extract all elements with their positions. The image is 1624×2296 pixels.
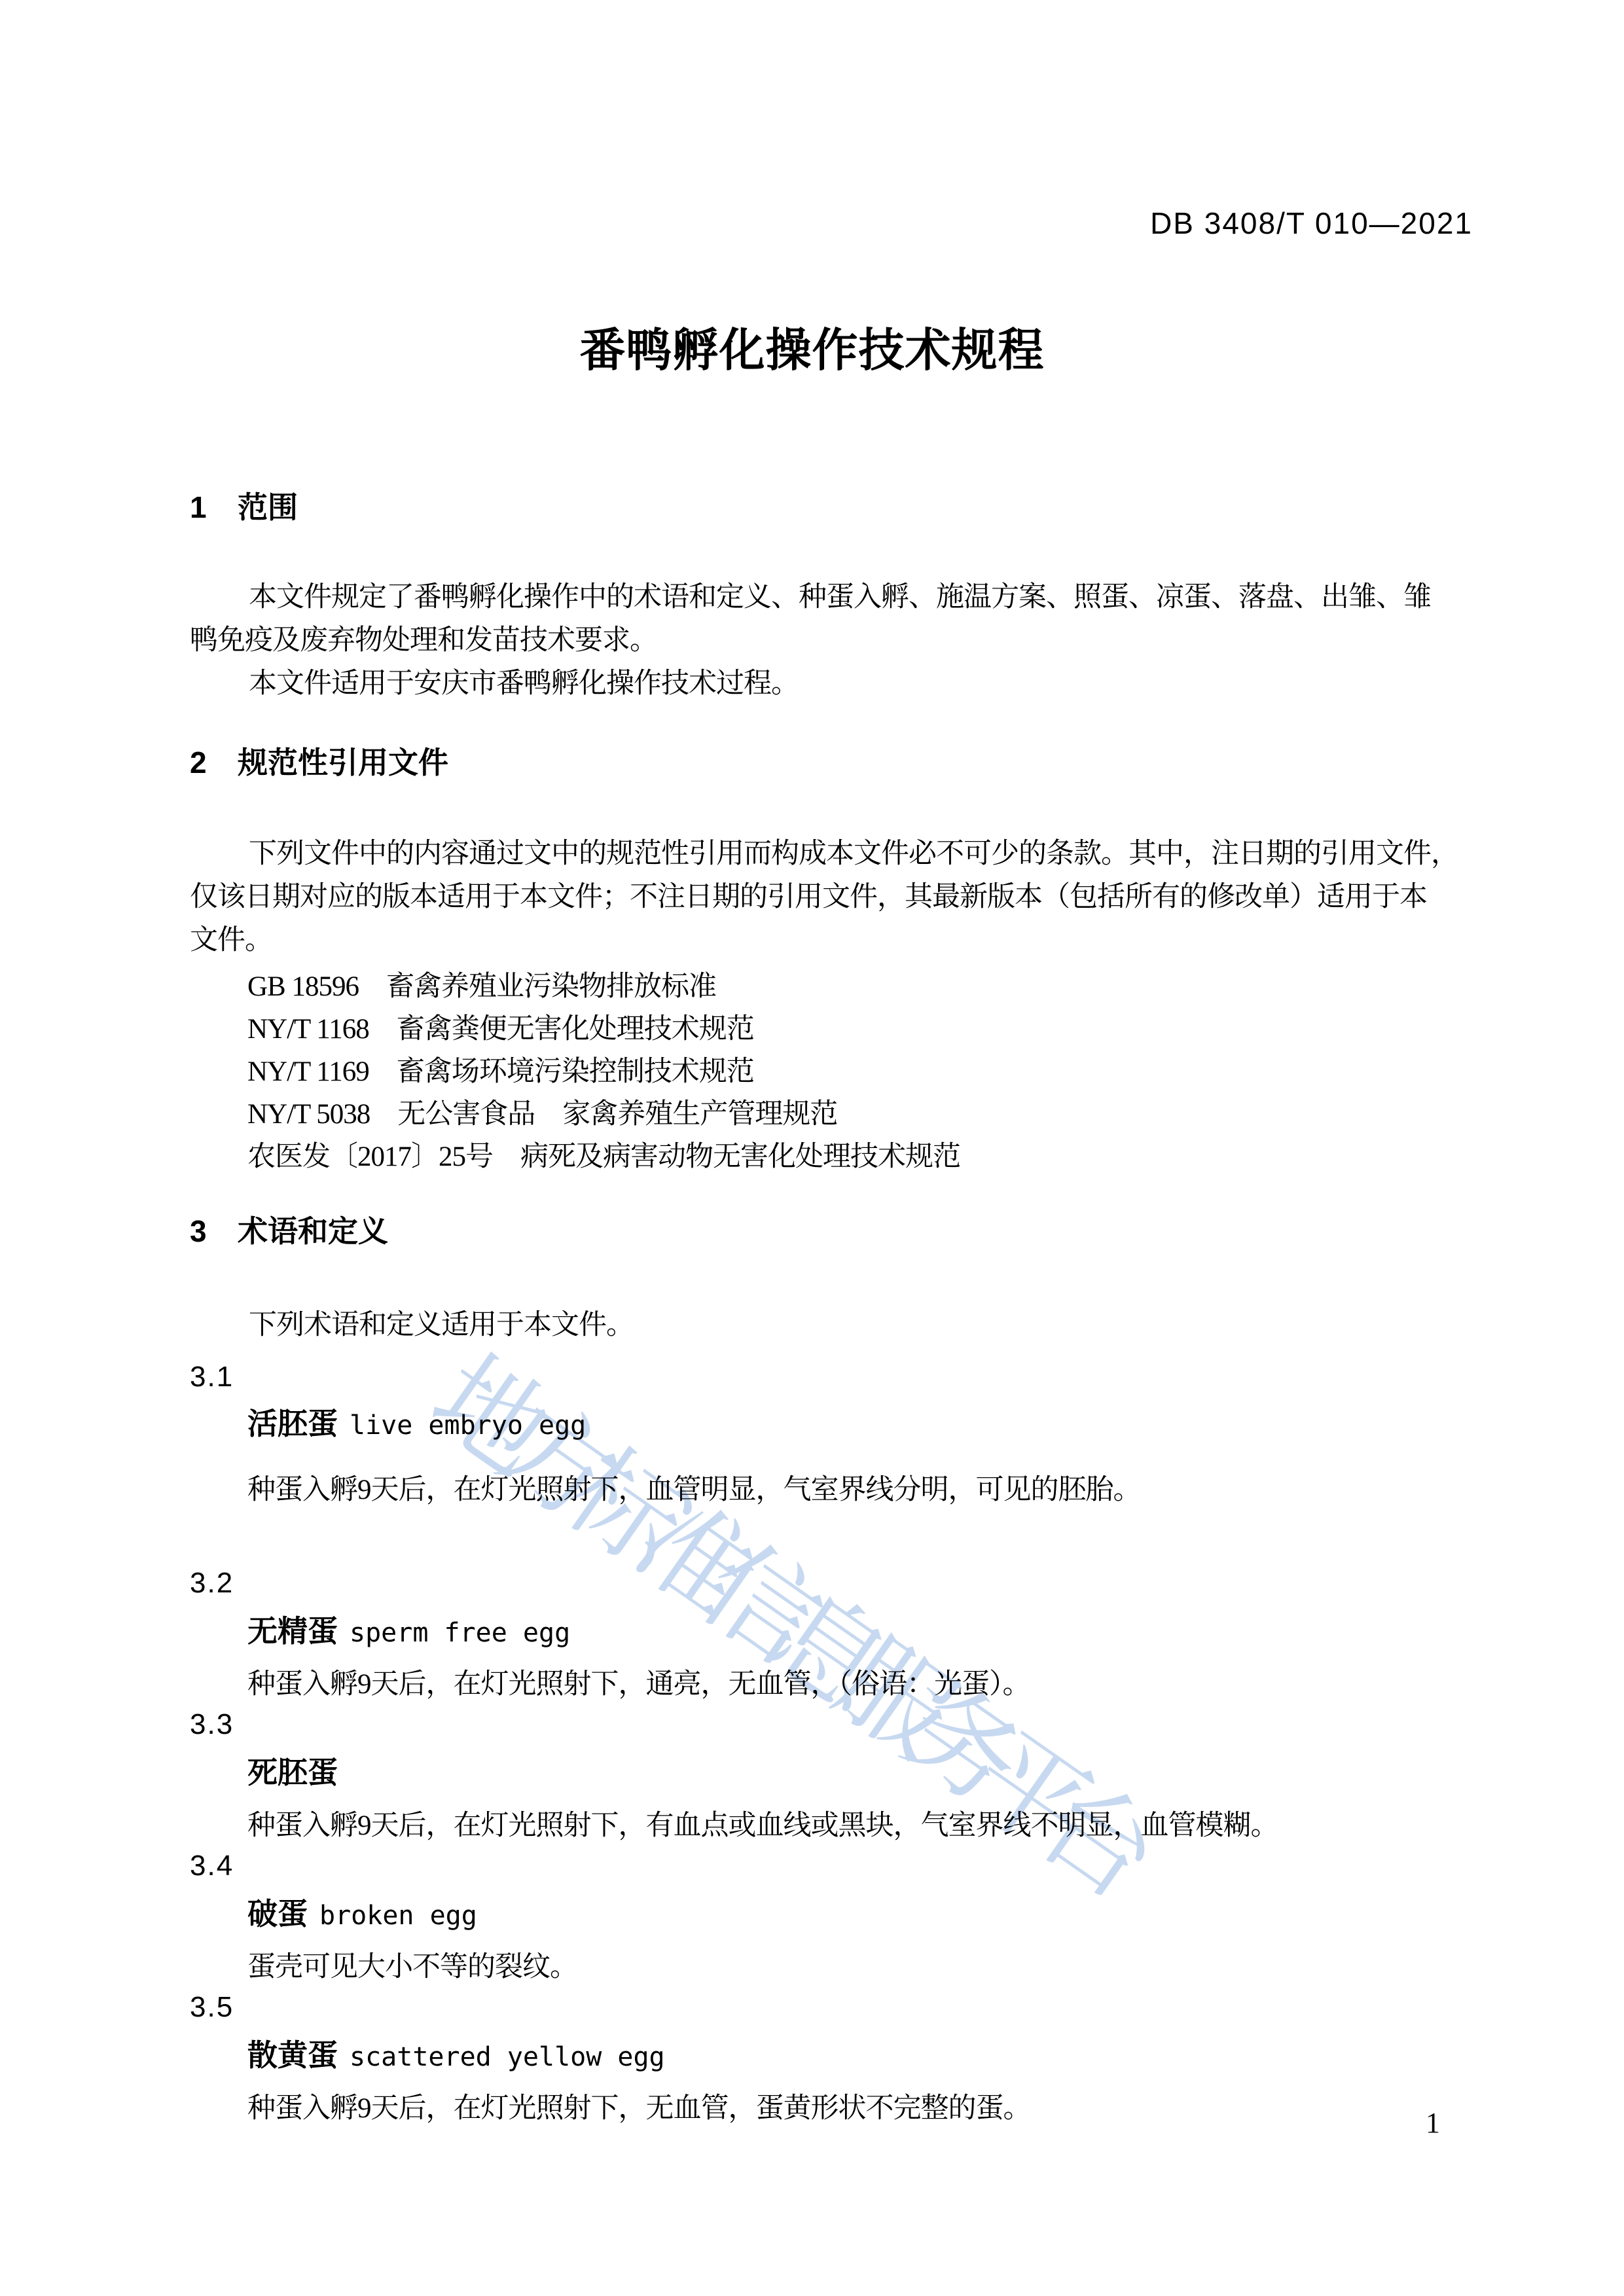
section2-heading: 2规范性引用文件 — [190, 747, 448, 778]
section3-heading: 3术语和定义 — [190, 1216, 388, 1246]
term-definition: 蛋壳可见大小不等的裂纹。 — [247, 1946, 1478, 1989]
section1-paragraph-1: 本文件规定了番鸭孵化操作中的术语和定义、种蛋入孵、施温方案、照蛋、凉蛋、落盘、出… — [190, 576, 1473, 662]
page-number: 1 — [1426, 2109, 1440, 2138]
page-title: 番鸭孵化操作技术规程 — [0, 327, 1624, 373]
term-title: 活胚蛋live embryo egg — [247, 1408, 586, 1439]
term-en-label: sperm free egg — [350, 1618, 570, 1648]
term-en-label: scattered yellow egg — [350, 2042, 665, 2072]
section1-number: 1 — [190, 492, 238, 522]
section3-intro: 下列术语和定义适用于本文件。 — [190, 1304, 1473, 1347]
term-title: 破蛋broken egg — [247, 1899, 477, 1929]
section1-heading: 1范围 — [190, 492, 298, 522]
term-number: 3.2 — [190, 1569, 234, 1598]
term-number: 3.4 — [190, 1852, 234, 1880]
term-zh-label: 死胚蛋 — [247, 1755, 338, 1789]
term-title: 无精蛋sperm free egg — [247, 1616, 570, 1646]
term-number: 3.5 — [190, 1993, 234, 2022]
term-zh-label: 破蛋 — [247, 1897, 308, 1931]
term-definition: 种蛋入孵9天后，在灯光照射下，无血管，蛋黄形状不完整的蛋。 — [247, 2087, 1478, 2130]
term-number: 3.3 — [190, 1710, 234, 1739]
section3-number: 3 — [190, 1216, 238, 1246]
standard-number: DB 3408/T 010—2021 — [1150, 208, 1473, 238]
term-zh-label: 无精蛋 — [247, 1614, 338, 1648]
term-zh-label: 活胚蛋 — [247, 1407, 338, 1441]
term-en-label: broken egg — [319, 1901, 477, 1931]
term-en-label: live embryo egg — [350, 1410, 586, 1441]
section1-heading-label: 范围 — [238, 490, 298, 524]
term-title: 死胚蛋 — [247, 1757, 350, 1787]
section2-number: 2 — [190, 747, 238, 778]
section1-paragraph-2: 本文件适用于安庆市番鸭孵化操作技术过程。 — [190, 662, 1473, 706]
term-title: 散黄蛋scattered yellow egg — [247, 2040, 665, 2070]
term-definition: 种蛋入孵9天后，在灯光照射下，血管明显，气室界线分明，可见的胚胎。 — [247, 1469, 1478, 1512]
term-definition: 种蛋入孵9天后，在灯光照射下，有血点或血线或黑块，气室界线不明显，血管模糊。 — [247, 1804, 1478, 1848]
section2-paragraph: 下列文件中的内容通过文中的规范性引用而构成本文件必不可少的条款。其中，注日期的引… — [190, 833, 1473, 962]
section3-heading-label: 术语和定义 — [238, 1214, 388, 1248]
term-zh-label: 散黄蛋 — [247, 2038, 338, 2072]
section2-heading-label: 规范性引用文件 — [238, 745, 448, 780]
document-page: 地方标准信息服务平台 DB 3408/T 010—2021 番鸭孵化操作技术规程… — [0, 0, 1624, 2296]
term-definition: 种蛋入孵9天后，在灯光照射下，通亮，无血管，（俗语：光蛋）。 — [247, 1663, 1478, 1706]
normative-references-list: GB 18596 畜禽养殖业污染物排放标准 NY/T 1168 畜禽粪便无害化处… — [247, 965, 1491, 1178]
term-number: 3.1 — [190, 1363, 234, 1391]
